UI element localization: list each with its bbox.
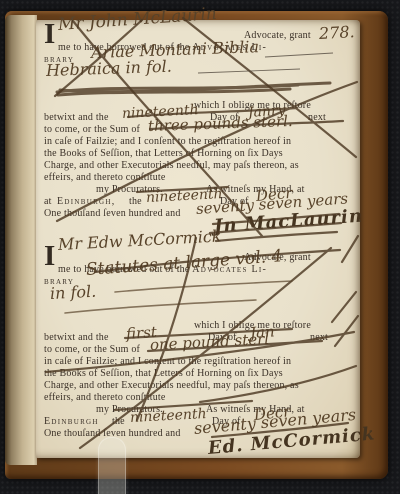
transparent-page-holder-strip (98, 437, 126, 494)
borrower-name-handwritten: Mr Edw McCormick (58, 226, 222, 254)
printed-betwixt: betwixt and the (44, 112, 109, 123)
printed-sum-pre: to come, or the Sum of (44, 124, 140, 135)
register-page: I Mr John McLaurin Advocate, grant 278. … (36, 20, 360, 458)
printed-charge: Charge, and other Executorials needful, … (44, 160, 299, 171)
penalty-sum-handwritten: three pounds sterl. (148, 112, 293, 135)
printed-failzie: in caſe of Failzie; and I conſent to the… (44, 356, 291, 367)
printed-the: the (129, 196, 142, 207)
dropcap-initial: I (44, 244, 55, 269)
printed-sum-pre: to come, or the Sum of (44, 344, 140, 355)
borrower-name-handwritten: Mr John McLaurin (57, 4, 217, 35)
printed-year-pre: One thouſand ſeven hundred and (44, 208, 181, 219)
page-stack-gutter (5, 15, 37, 465)
dropcap-initial: I (44, 22, 55, 47)
printed-failzie: in caſe of Failzie; and I conſent to the… (44, 136, 291, 147)
printed-next: next (310, 332, 328, 343)
book-title-handwritten-line2: in fol. (50, 282, 97, 303)
printed-the: the (112, 416, 125, 427)
printed-edinburgh: Edinburgh (44, 416, 99, 427)
folio-number: 278. (319, 22, 356, 43)
printed-charge: Charge, and other Executorials needful, … (44, 380, 299, 391)
book-title-handwritten-line2: Hebraica in fol. (46, 57, 172, 80)
printed-betwixt: betwixt and the (44, 332, 109, 343)
printed-at: at (44, 196, 52, 207)
photograph-of-library-register: I Mr John McLaurin Advocate, grant 278. … (0, 0, 400, 494)
printed-edinburgh: Edinburgh, (57, 196, 116, 207)
printed-books-session: the Books of Seſſion, that Letters of Ho… (44, 368, 283, 379)
printed-effeirs: effeirs, and thereto conſtitute (44, 172, 166, 183)
penalty-sum-handwritten: one pound sterl (150, 330, 270, 354)
printed-next: next (308, 112, 326, 123)
printed-books-session: the Books of Seſſion, that Letters of Ho… (44, 148, 283, 159)
printed-effeirs: effeirs, and thereto conſtitute (44, 392, 166, 403)
